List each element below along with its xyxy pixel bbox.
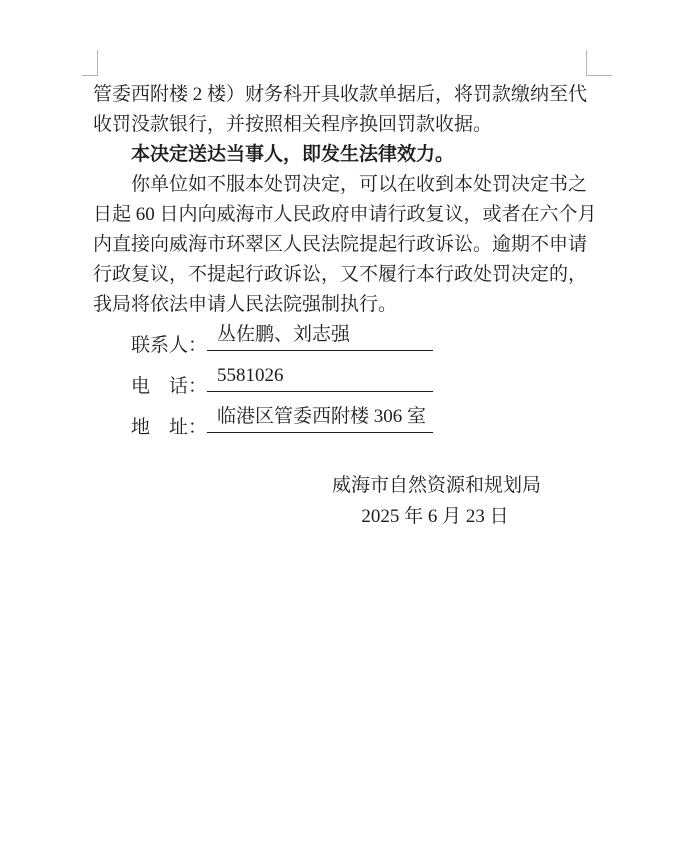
appeal-line: 我局将依法申请人民法院强制执行。 bbox=[93, 290, 589, 320]
appeal-line: 内直接向威海市环翠区人民法院提起行政诉讼。逾期不申请 bbox=[93, 230, 589, 260]
appeal-line: 日起 60 日内向威海市人民政府申请行政复议，或者在六个月 bbox=[93, 200, 589, 230]
contact-person-value: 丛佐鹏、刘志强 bbox=[207, 320, 433, 351]
contact-row-phone: 电 话：5581026 bbox=[93, 361, 589, 402]
signature-org: 威海市自然资源和规划局 bbox=[332, 470, 538, 501]
contact-row-person: 联系人：丛佐鹏、刘志强 bbox=[93, 320, 589, 361]
appeal-line: 你单位如不服本处罚决定，可以在收到本处罚决定书之 bbox=[93, 170, 589, 200]
text-boundary-mark-top-right bbox=[586, 50, 612, 76]
contact-address-label: 地 址： bbox=[131, 413, 207, 443]
appeal-line: 行政复议，不提起行政诉讼，又不履行本行政处罚决定的， bbox=[93, 260, 589, 290]
effectiveness-statement: 本决定送达当事人，即发生法律效力。 bbox=[93, 140, 589, 170]
signature-date: 2025 年 6 月 23 日 bbox=[332, 501, 538, 532]
contact-phone-value: 5581026 bbox=[207, 361, 433, 392]
text-boundary-mark-top-left bbox=[82, 50, 98, 76]
contact-phone-label: 电 话： bbox=[131, 372, 207, 402]
contact-person-label: 联系人： bbox=[131, 331, 207, 361]
contact-address-value: 临港区管委西附楼 306 室 bbox=[207, 402, 433, 433]
document-body: 管委西附楼 2 楼）财务科开具收款单据后，将罚款缴纳至代 收罚没款银行，并按照相… bbox=[93, 80, 589, 532]
contact-row-address: 地 址：临港区管委西附楼 306 室 bbox=[93, 402, 589, 443]
document-page: 管委西附楼 2 楼）财务科开具收款单据后，将罚款缴纳至代 收罚没款银行，并按照相… bbox=[0, 0, 679, 850]
body-line: 收罚没款银行，并按照相关程序换回罚款收据。 bbox=[93, 110, 589, 140]
signature-block: 威海市自然资源和规划局 2025 年 6 月 23 日 bbox=[332, 470, 538, 532]
body-line: 管委西附楼 2 楼）财务科开具收款单据后，将罚款缴纳至代 bbox=[93, 80, 589, 110]
